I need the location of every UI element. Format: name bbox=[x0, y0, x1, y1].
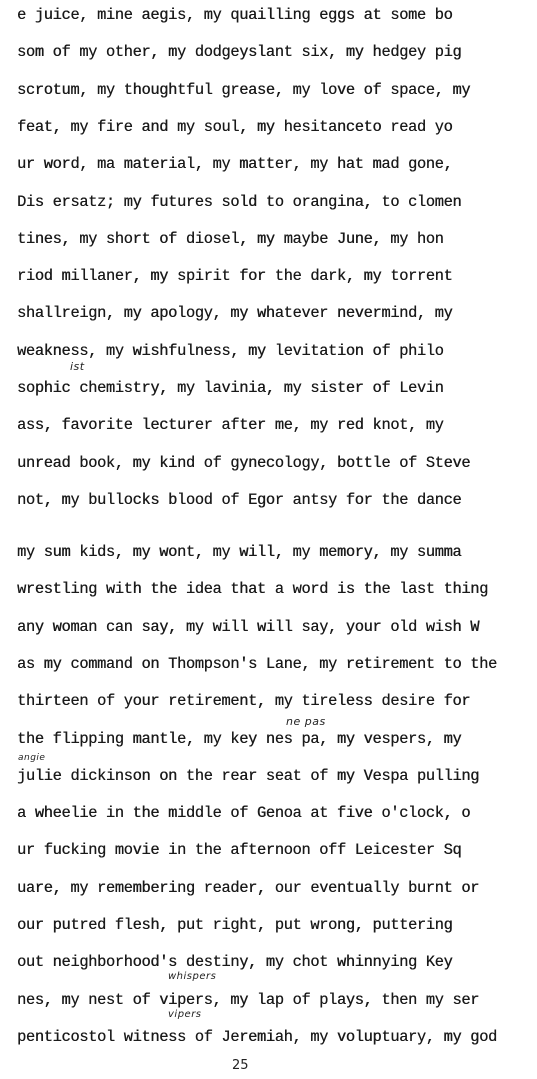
text-line: the flipping mantle, my key nes pa, my v… bbox=[17, 730, 461, 748]
text-line: scrotum, my thoughtful grease, my love o… bbox=[17, 81, 470, 99]
page-number: 25 bbox=[232, 1058, 249, 1073]
text-line: a wheelie in the middle of Genoa at five… bbox=[17, 804, 470, 822]
text-line: any woman can say, my will will say, you… bbox=[17, 618, 479, 636]
handwritten-annotation-vipers: vipers bbox=[168, 1009, 202, 1020]
handwritten-annotation-whispers: whispers bbox=[168, 971, 216, 982]
text-line: unread book, my kind of gynecology, bott… bbox=[17, 454, 470, 472]
text-line: penticostol witness of Jeremiah, my volu… bbox=[17, 1028, 497, 1046]
typewritten-page: e juice, mine aegis, my quailling eggs a… bbox=[0, 0, 537, 1079]
text-line: julie dickinson on the rear seat of my V… bbox=[17, 767, 479, 785]
text-line: Dis ersatz; my futures sold to orangina,… bbox=[17, 193, 461, 211]
text-line: ass, favorite lecturer after me, my red … bbox=[17, 416, 444, 434]
text-line: nes, my nest of vipers, my lap of plays,… bbox=[17, 991, 479, 1009]
text-line: weakness, my wishfulness, my levitation … bbox=[17, 342, 444, 360]
text-line: som of my other, my dodgeyslant six, my … bbox=[17, 43, 461, 61]
text-line: as my command on Thompson's Lane, my ret… bbox=[17, 655, 497, 673]
text-line: shallreign, my apology, my whatever neve… bbox=[17, 304, 452, 322]
text-line: sophic chemistry, my lavinia, my sister … bbox=[17, 379, 444, 397]
text-line: riod millaner, my spirit for the dark, m… bbox=[17, 267, 452, 285]
text-line: feat, my fire and my soul, my hesitancet… bbox=[17, 118, 452, 136]
text-line: out neighborhood's destiny, my chot whin… bbox=[17, 953, 452, 971]
text-line: ur word, ma material, my matter, my hat … bbox=[17, 155, 452, 173]
handwritten-annotation-angie: angie bbox=[18, 753, 45, 763]
text-line: tines, my short of diosel, my maybe June… bbox=[17, 230, 444, 248]
text-line: e juice, mine aegis, my quailling eggs a… bbox=[17, 6, 452, 24]
text-line: ur fucking movie in the afternoon off Le… bbox=[17, 841, 461, 859]
text-line: our putred flesh, put right, put wrong, … bbox=[17, 916, 452, 934]
text-line: not, my bullocks blood of Egor antsy for… bbox=[17, 491, 461, 509]
text-line: wrestling with the idea that a word is t… bbox=[17, 580, 488, 598]
handwritten-annotation-ist: ist bbox=[70, 360, 85, 373]
text-line: thirteen of your retirement, my tireless… bbox=[17, 692, 470, 710]
text-line: uare, my remembering reader, our eventua… bbox=[17, 879, 479, 897]
text-line: my sum kids, my wont, my will, my memory… bbox=[17, 543, 461, 561]
handwritten-annotation-ne-pas: ne pas bbox=[286, 715, 326, 728]
